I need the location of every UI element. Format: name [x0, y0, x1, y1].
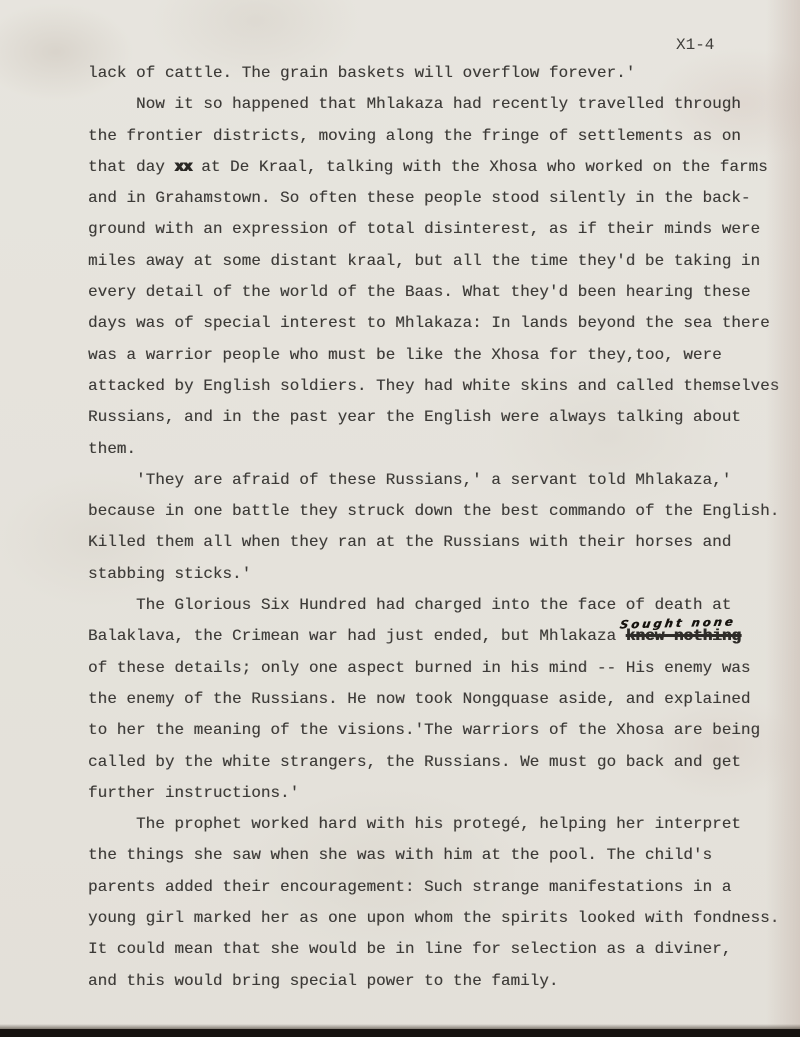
text-segment: that day	[88, 158, 174, 176]
text-line: parents added their encouragement: Such …	[88, 872, 788, 903]
text-segment: It could mean that she would be in line …	[88, 940, 731, 958]
text-line: the frontier districts, moving along the…	[88, 121, 788, 152]
text-segment-struck: knew nothingSought none	[626, 627, 741, 645]
text-segment: at De Kraal, talking with the Xhosa who …	[192, 158, 768, 176]
text-segment: miles away at some distant kraal, but al…	[88, 252, 760, 270]
text-segment: Russians, and in the past year the Engli…	[88, 408, 741, 426]
text-line: lack of cattle. The grain baskets will o…	[88, 58, 788, 89]
text-line: because in one battle they struck down t…	[88, 496, 788, 527]
text-line: The prophet worked hard with his protegé…	[88, 809, 788, 840]
text-line: miles away at some distant kraal, but al…	[88, 246, 788, 277]
text-segment: to her the meaning of the visions.'The w…	[88, 721, 760, 739]
text-segment: Killed them all when they ran at the Rus…	[88, 533, 731, 551]
text-line: called by the white strangers, the Russi…	[88, 747, 788, 778]
text-segment: the things she saw when she was with him…	[88, 846, 712, 864]
text-segment: the enemy of the Russians. He now took N…	[88, 690, 751, 708]
text-line: every detail of the world of the Baas. W…	[88, 277, 788, 308]
text-segment: days was of special interest to Mhlakaza…	[88, 314, 770, 332]
text-line: the things she saw when she was with him…	[88, 840, 788, 871]
text-line: the enemy of the Russians. He now took N…	[88, 684, 788, 715]
text-segment-overstrike: xx	[174, 158, 191, 176]
text-line: Now it so happened that Mhlakaza had rec…	[88, 89, 788, 120]
text-segment: attacked by English soldiers. They had w…	[88, 377, 779, 395]
text-segment: The prophet worked hard with his protegé…	[136, 815, 741, 833]
text-line: of these details; only one aspect burned…	[88, 653, 788, 684]
text-line: stabbing sticks.'	[88, 559, 788, 590]
text-segment: every detail of the world of the Baas. W…	[88, 283, 751, 301]
text-line: them.	[88, 434, 788, 465]
text-segment: them.	[88, 440, 136, 458]
text-line: that day xx at De Kraal, talking with th…	[88, 152, 788, 183]
text-segment: called by the white strangers, the Russi…	[88, 753, 741, 771]
text-segment: because in one battle they struck down t…	[88, 502, 779, 520]
text-segment: stabbing sticks.'	[88, 565, 251, 583]
text-line: days was of special interest to Mhlakaza…	[88, 308, 788, 339]
text-line: and this would bring special power to th…	[88, 966, 788, 997]
text-segment: parents added their encouragement: Such …	[88, 878, 731, 896]
text-line: and in Grahamstown. So often these peopl…	[88, 183, 788, 214]
text-segment: ground with an expression of total disin…	[88, 220, 760, 238]
text-line: 'They are afraid of these Russians,' a s…	[88, 465, 788, 496]
text-segment: of these details; only one aspect burned…	[88, 659, 751, 677]
handwritten-annotation: Sought none	[617, 607, 738, 641]
text-line: was a warrior people who must be like th…	[88, 340, 788, 371]
text-line: further instructions.'	[88, 778, 788, 809]
text-line: ground with an expression of total disin…	[88, 214, 788, 245]
text-segment: young girl marked her as one upon whom t…	[88, 909, 779, 927]
document-text: lack of cattle. The grain baskets will o…	[88, 58, 788, 997]
scanned-document-page: X1-4 lack of cattle. The grain baskets w…	[0, 0, 800, 1037]
text-line: attacked by English soldiers. They had w…	[88, 371, 788, 402]
text-segment: 'They are afraid of these Russians,' a s…	[136, 471, 731, 489]
text-segment: Now it so happened that Mhlakaza had rec…	[136, 95, 741, 113]
page-number: X1-4	[676, 36, 714, 54]
text-segment: and in Grahamstown. So often these peopl…	[88, 189, 751, 207]
text-segment: and this would bring special power to th…	[88, 972, 558, 990]
text-line: to her the meaning of the visions.'The w…	[88, 715, 788, 746]
scan-bottom-edge	[0, 1029, 800, 1037]
text-segment: Balaklava, the Crimean war had just ende…	[88, 627, 626, 645]
text-line: young girl marked her as one upon whom t…	[88, 903, 788, 934]
text-line: Russians, and in the past year the Engli…	[88, 402, 788, 433]
text-segment: the frontier districts, moving along the…	[88, 127, 741, 145]
text-line: Killed them all when they ran at the Rus…	[88, 527, 788, 558]
text-line: Balaklava, the Crimean war had just ende…	[88, 621, 788, 652]
text-segment: lack of cattle. The grain baskets will o…	[88, 64, 635, 82]
text-segment: was a warrior people who must be like th…	[88, 346, 722, 364]
text-segment: further instructions.'	[88, 784, 299, 802]
text-line: It could mean that she would be in line …	[88, 934, 788, 965]
